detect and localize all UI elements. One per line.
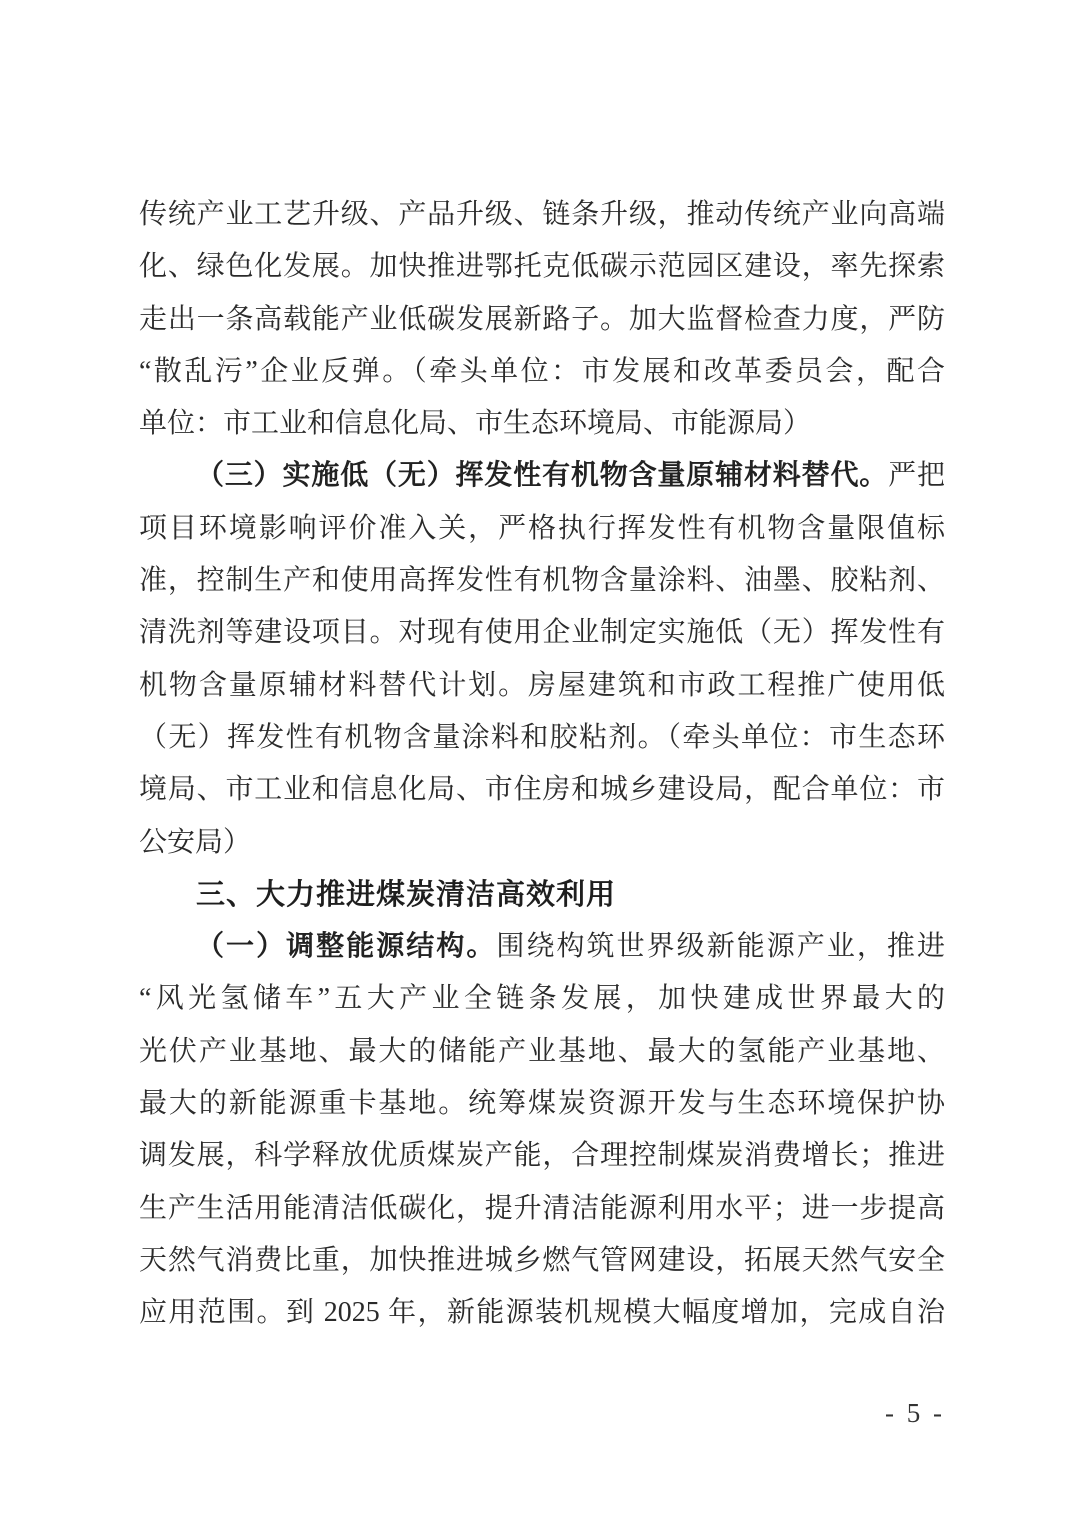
body-line: 机物含量原辅材料替代计划。房屋建筑和市政工程推广使用低: [139, 660, 945, 712]
body-line: 天然气消费比重，加快推进城乡燃气管网建设，拓展天然气安全: [139, 1235, 945, 1287]
body-line: 境局、市工业和信息化局、市住房和城乡建设局，配合单位：市: [139, 764, 945, 816]
body-line: 单位：市工业和信息化局、市生态环境局、市能源局）: [139, 398, 945, 450]
body-line: 准，控制生产和使用高挥发性有机物含量涂料、油墨、胶粘剂、: [139, 555, 945, 607]
body-line: 传统产业工艺升级、产品升级、链条升级，推动传统产业向高端: [139, 189, 945, 241]
body-line: 化、绿色化发展。加快推进鄂托克低碳示范园区建设，率先探索: [139, 241, 945, 293]
body-line: 走出一条高载能产业低碳发展新路子。加大监督检查力度，严防: [139, 294, 945, 346]
body-line: 公安局）: [139, 817, 945, 869]
body-line: “风光氢储车”五大产业全链条发展，加快建成世界最大的: [139, 973, 945, 1025]
body-line: （无）挥发性有机物含量涂料和胶粘剂。（牵头单位：市生态环: [139, 712, 945, 764]
body-line: 应用范围。到 2025 年，新能源装机规模大幅度增加，完成自治: [139, 1287, 945, 1339]
document-page: 传统产业工艺升级、产品升级、链条升级，推动传统产业向高端 化、绿色化发展。加快推…: [0, 0, 1080, 1527]
body-line: 最大的新能源重卡基地。统筹煤炭资源开发与生态环境保护协: [139, 1078, 945, 1130]
body-line: 清洗剂等建设项目。对现有使用企业制定实施低（无）挥发性有: [139, 607, 945, 659]
body-line: 生产生活用能清洁低碳化，提升清洁能源利用水平；进一步提高: [139, 1183, 945, 1235]
body-line: “散乱污”企业反弹。（牵头单位：市发展和改革委员会，配合: [139, 346, 945, 398]
body-line: （一）调整能源结构。围绕构筑世界级新能源产业，推进: [139, 921, 945, 973]
page-footer: - 5 -: [139, 1398, 945, 1429]
body-line: 光伏产业基地、最大的储能产业基地、最大的氢能产业基地、: [139, 1026, 945, 1078]
paragraph-text: 围绕构筑世界级新能源产业，推进: [496, 931, 945, 962]
body-line: 调发展，科学释放优质煤炭产能，合理控制煤炭消费增长；推进: [139, 1130, 945, 1182]
body-line: （三）实施低（无）挥发性有机物含量原辅材料替代。严把: [139, 450, 945, 502]
paragraph-lead: （一）调整能源结构。: [196, 931, 496, 962]
body-line: 项目环境影响评价准入关，严格执行挥发性有机物含量限值标: [139, 503, 945, 555]
section-heading: 三、大力推进煤炭清洁高效利用: [139, 869, 945, 921]
paragraph-lead: （三）实施低（无）挥发性有机物含量原辅材料替代。: [196, 460, 888, 491]
paragraph-text: 严把: [888, 460, 945, 491]
page-number: - 5 -: [885, 1398, 945, 1428]
document-body: 传统产业工艺升级、产品升级、链条升级，推动传统产业向高端 化、绿色化发展。加快推…: [139, 189, 945, 1340]
